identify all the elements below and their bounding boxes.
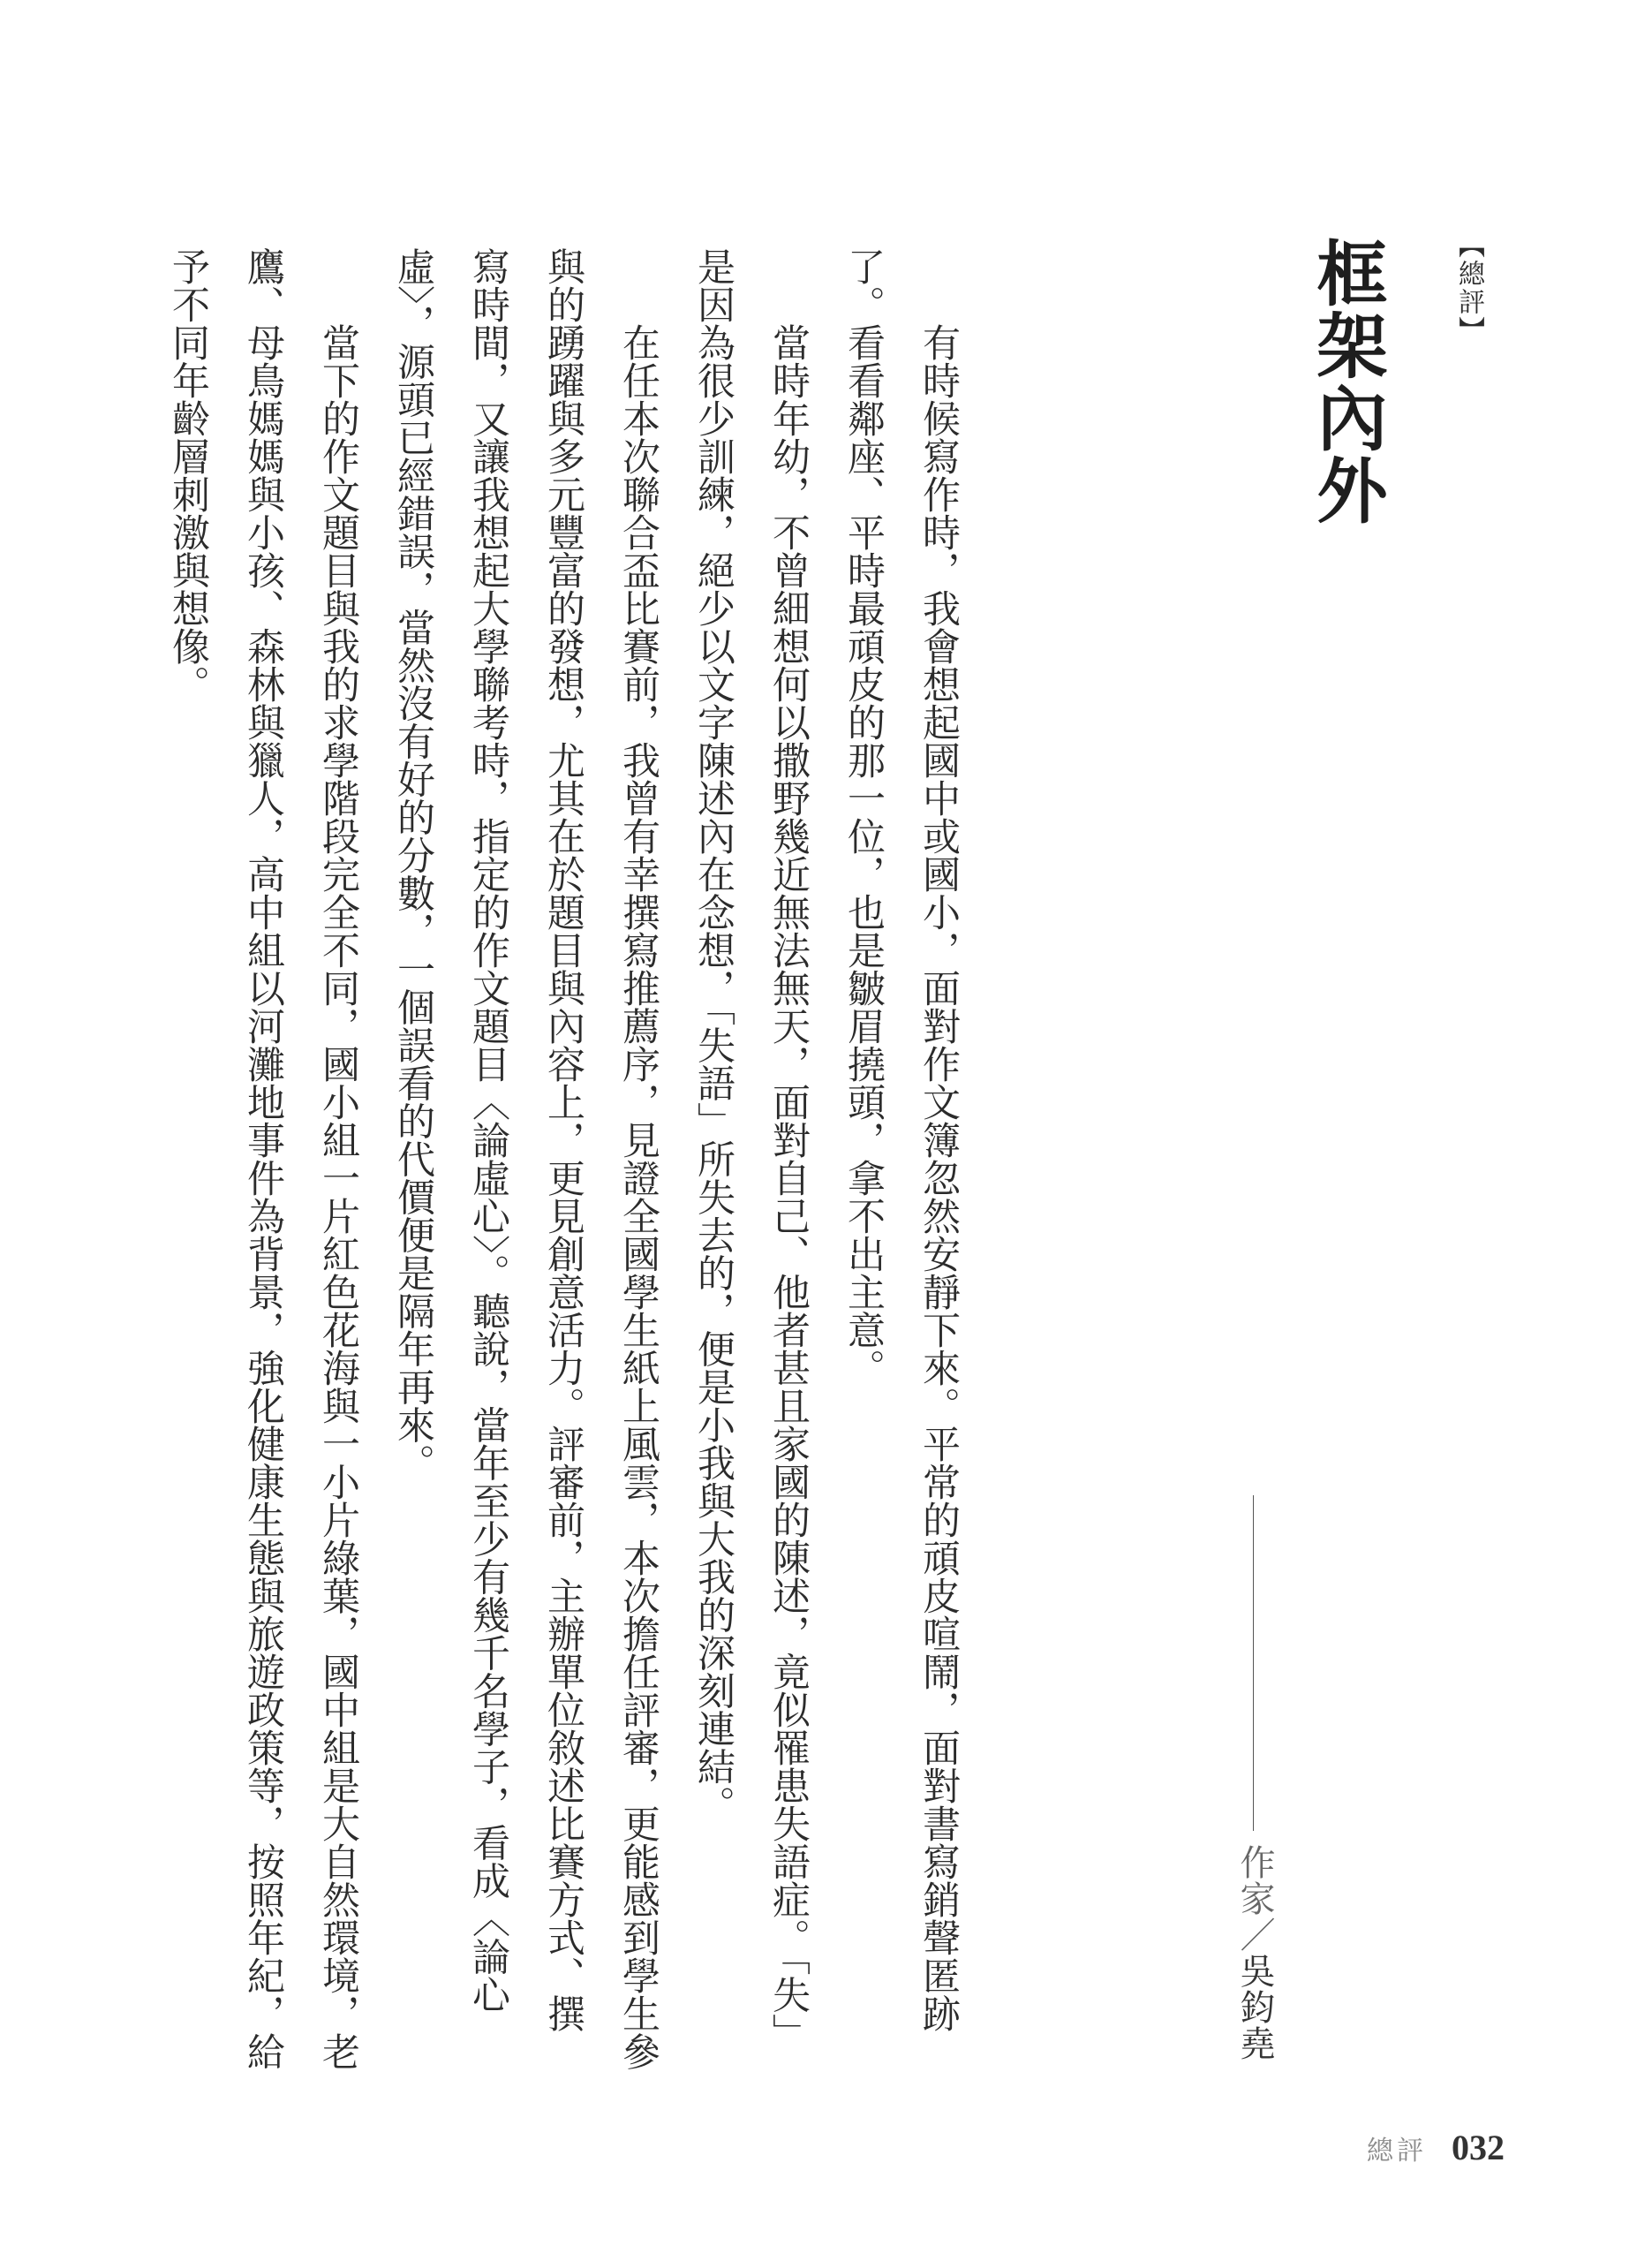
author-line: 作家／吳鈞堯 [1234, 1844, 1275, 2061]
article: 有時候寫作時，我會想起國中或國小，面對作文簿忽然安靜下來。平常的頑皮喧鬧，面對書… [150, 247, 976, 2070]
text-column: 與的踴躍與多元豐富的發想，尤其在於題目與內容上，更見創意活力。評審前，主辦單位敘… [525, 247, 600, 2070]
text-column: 虛〉，源頭已經錯誤，當然沒有好的分數，一個誤看的代價便是隔年再來。 [375, 247, 450, 2070]
text-column: 予不同年齡層刺激與想像。 [150, 247, 225, 2070]
text-column: 了。看看鄰座、平時最頑皮的那一位，也是皺眉撓頭，拿不出主意。 [826, 247, 901, 2070]
author-role-label: 作家／ [1235, 1844, 1274, 1953]
author-name: 吳鈞堯 [1235, 1953, 1274, 2061]
text-column: 鷹、母鳥媽媽與小孩、森林與獵人，高中組以河灘地事件為背景，強化健康生態與旅遊政策… [225, 247, 300, 2070]
text-column: 是因為很少訓練，絕少以文字陳述內在念想，「失語」所失去的，便是小我與大我的深刻連… [675, 247, 751, 2070]
text-column: 當下的作文題目與我的求學階段完全不同，國小組一片紅色花海與一小片綠葉，國中組是大… [300, 247, 375, 2070]
page-footer: 總評 032 [1367, 2127, 1505, 2168]
text-column: 當時年幼，不曾細想何以撒野幾近無法無天，面對自己、他者甚且家國的陳述，竟似罹患失… [751, 247, 826, 2070]
author-rule-divider [1253, 1495, 1254, 1831]
page: { "page": { "section_label": "【總評】", "ti… [0, 0, 1652, 2261]
text-column: 在任本次聯合盃比賽前，我曾有幸撰寫推薦序，見證全國學生紙上風雲，本次擔任評審，更… [600, 247, 675, 2070]
footer-section-label: 總評 [1367, 2129, 1427, 2167]
text-column: 有時候寫作時，我會想起國中或國小，面對作文簿忽然安靜下來。平常的頑皮喧鬧，面對書… [901, 247, 976, 2070]
text-column: 寫時間，又讓我想起大學聯考時，指定的作文題目〈論虛心〉。聽說，當年至少有幾千名學… [450, 247, 525, 2070]
section-label: 【總評】 [1449, 231, 1488, 344]
footer-page-number: 032 [1452, 2127, 1505, 2168]
page-title: 框架內外 [1294, 237, 1396, 526]
